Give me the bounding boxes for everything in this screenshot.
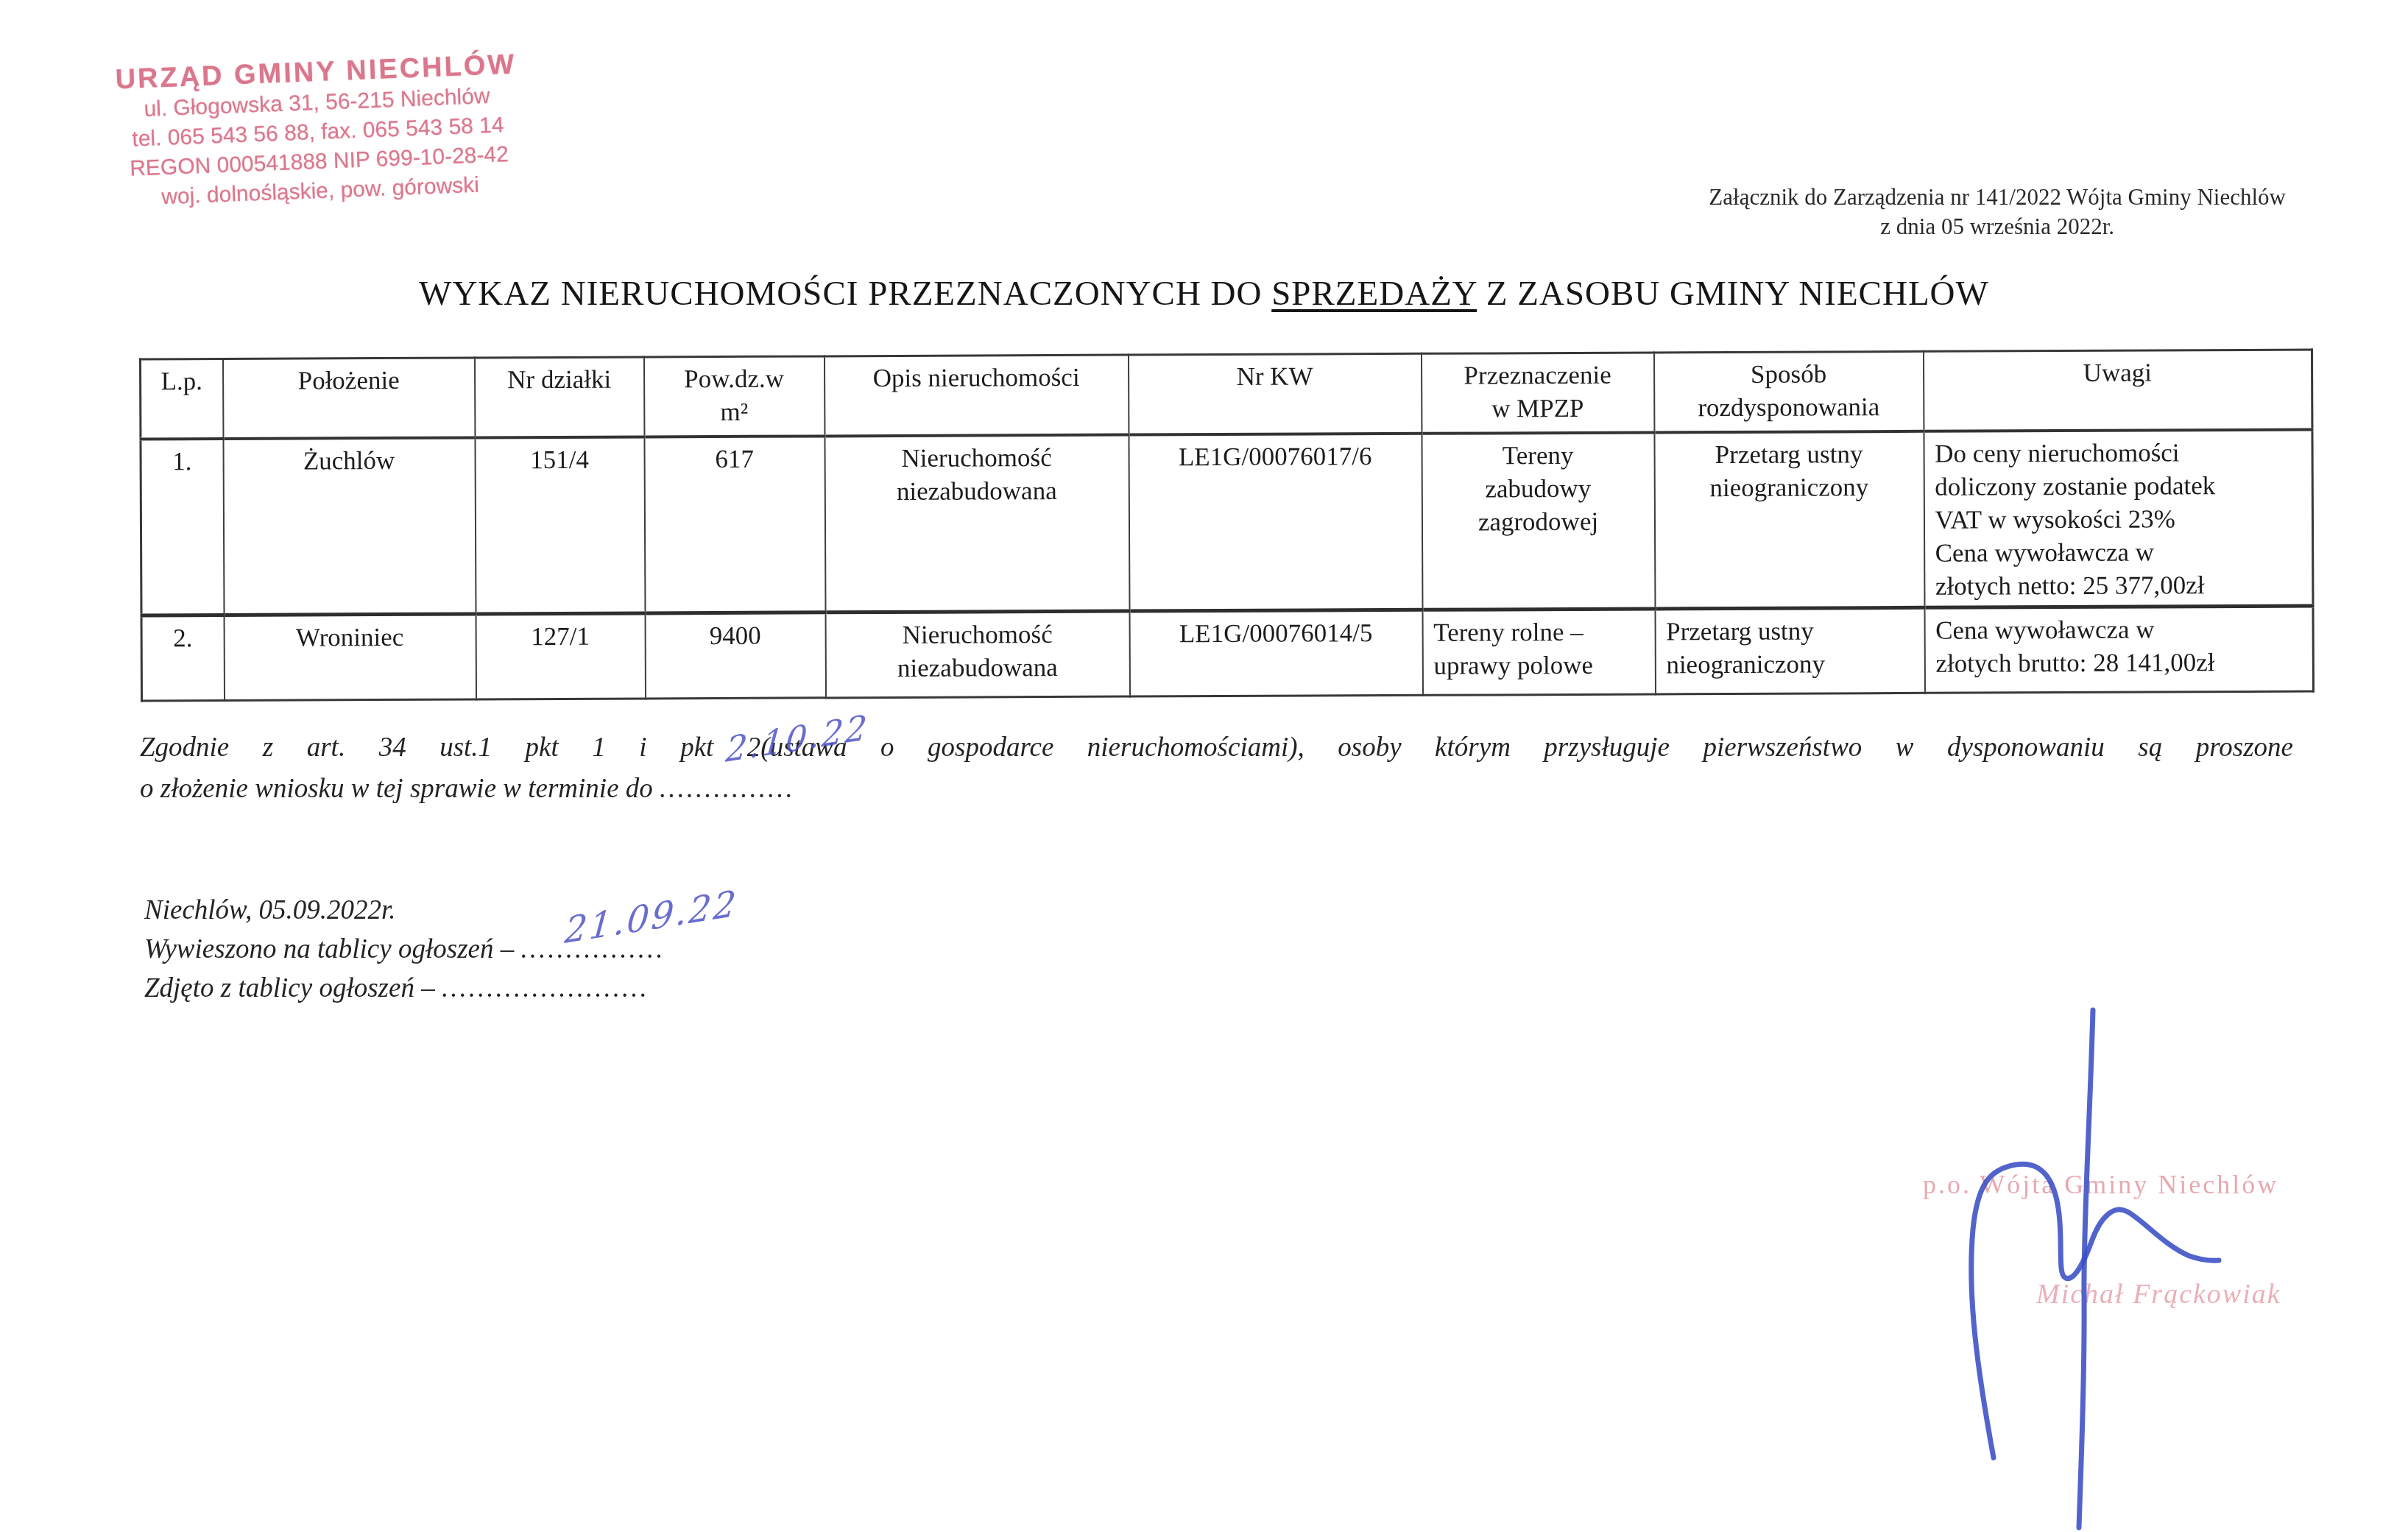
attachment-note-line2: z dnia 05 września 2022r. <box>1709 212 2286 241</box>
header-nr-dzialki: Nr działki <box>474 357 643 437</box>
cell-sposob: Przetarg ustny nieograniczony <box>1654 431 1924 608</box>
table-header-row: L.p. Położenie Nr działki Pow.dz.w m² Op… <box>141 350 2312 439</box>
header-lp: L.p. <box>141 359 223 438</box>
cell-uwagi: Cena wywoławcza w złotych brutto: 28 141… <box>1924 606 2314 693</box>
office-stamp: URZĄD GMINY NIECHLÓW ul. Głogowska 31, 5… <box>102 49 534 214</box>
attachment-note-line1: Załącznik do Zarządzenia nr 141/2022 Wój… <box>1709 183 2286 212</box>
deadline-dotted-line: ............... <box>660 774 795 804</box>
legal-note-line2: o złożenie wniosku w tej sprawie w termi… <box>140 769 2293 810</box>
title-underlined-word: SPRZEDAŻY <box>1271 275 1477 313</box>
header-polozenie: Położenie <box>223 358 475 438</box>
removed-from-board-line: Zdjęto z tablicy ogłoszeń – ............… <box>144 969 665 1008</box>
cell-uwagi: Do ceny nieruchomości doliczony zostanie… <box>1924 429 2313 607</box>
title-part1: WYKAZ NIERUCHOMOŚCI PRZEZNACZONYCH DO <box>419 275 1271 313</box>
header-uwagi: Uwagi <box>1923 350 2312 431</box>
cell-pow: 9400 <box>645 612 826 698</box>
table-row: 2. Wroniniec 127/1 9400 Nieruchomość nie… <box>141 606 2313 701</box>
cell-polozenie: Wroniniec <box>224 613 476 699</box>
attachment-note: Załącznik do Zarządzenia nr 141/2022 Wój… <box>1709 183 2286 241</box>
cell-przeznaczenie: Tereny rolne – uprawy polowe <box>1422 608 1656 694</box>
legal-note-line2-text: o złożenie wniosku w tej sprawie w termi… <box>140 774 660 804</box>
cell-lp: 1. <box>141 438 224 615</box>
cell-nr-kw: LE1G/00076014/5 <box>1129 610 1423 696</box>
title-part2: Z ZASOBU GMINY NIECHLÓW <box>1477 275 1989 313</box>
removed-label: Zdjęto z tablicy ogłoszeń – <box>144 973 442 1003</box>
header-pow: Pow.dz.w m² <box>643 356 824 437</box>
cell-lp: 2. <box>141 615 225 700</box>
removed-dotted-line: ....................... <box>442 973 649 1003</box>
cell-nr-kw: LE1G/00076017/6 <box>1129 433 1422 610</box>
legal-note: Zgodnie z art. 34 ust.1 pkt 1 i pkt 2(us… <box>140 727 2293 810</box>
cell-sposob: Przetarg ustny nieograniczony <box>1655 607 1925 694</box>
listing-table-wrap: L.p. Położenie Nr działki Pow.dz.w m² Op… <box>139 349 2315 702</box>
page-title: WYKAZ NIERUCHOMOŚCI PRZEZNACZONYCH DO SP… <box>0 274 2408 314</box>
header-nr-kw: Nr KW <box>1128 353 1421 434</box>
header-przeznaczenie: Przeznaczenie w MPZP <box>1421 353 1653 433</box>
cell-pow: 617 <box>644 436 825 613</box>
header-opis: Opis nieruchomości <box>824 355 1128 436</box>
table-row: 1. Żuchlów 151/4 617 Nieruchomość niezab… <box>141 429 2313 615</box>
cell-nr-dzialki: 127/1 <box>476 613 646 699</box>
cell-polozenie: Żuchlów <box>223 437 476 615</box>
cell-opis: Nieruchomość niezabudowana <box>825 611 1130 698</box>
posted-label: Wywieszono na tablicy ogłoszeń – <box>144 934 520 964</box>
signature-scribble <box>1907 986 2253 1532</box>
cell-opis: Nieruchomość niezabudowana <box>825 434 1129 612</box>
legal-note-line1: Zgodnie z art. 34 ust.1 pkt 1 i pkt 2(us… <box>140 727 2293 769</box>
listing-table: L.p. Położenie Nr działki Pow.dz.w m² Op… <box>139 349 2315 702</box>
cell-przeznaczenie: Tereny zabudowy zagrodowej <box>1422 432 1655 610</box>
cell-nr-dzialki: 151/4 <box>475 437 645 614</box>
scanned-document-page: URZĄD GMINY NIECHLÓW ul. Głogowska 31, 5… <box>0 0 2408 1532</box>
header-sposob: Sposób rozdysponowania <box>1653 351 1923 432</box>
